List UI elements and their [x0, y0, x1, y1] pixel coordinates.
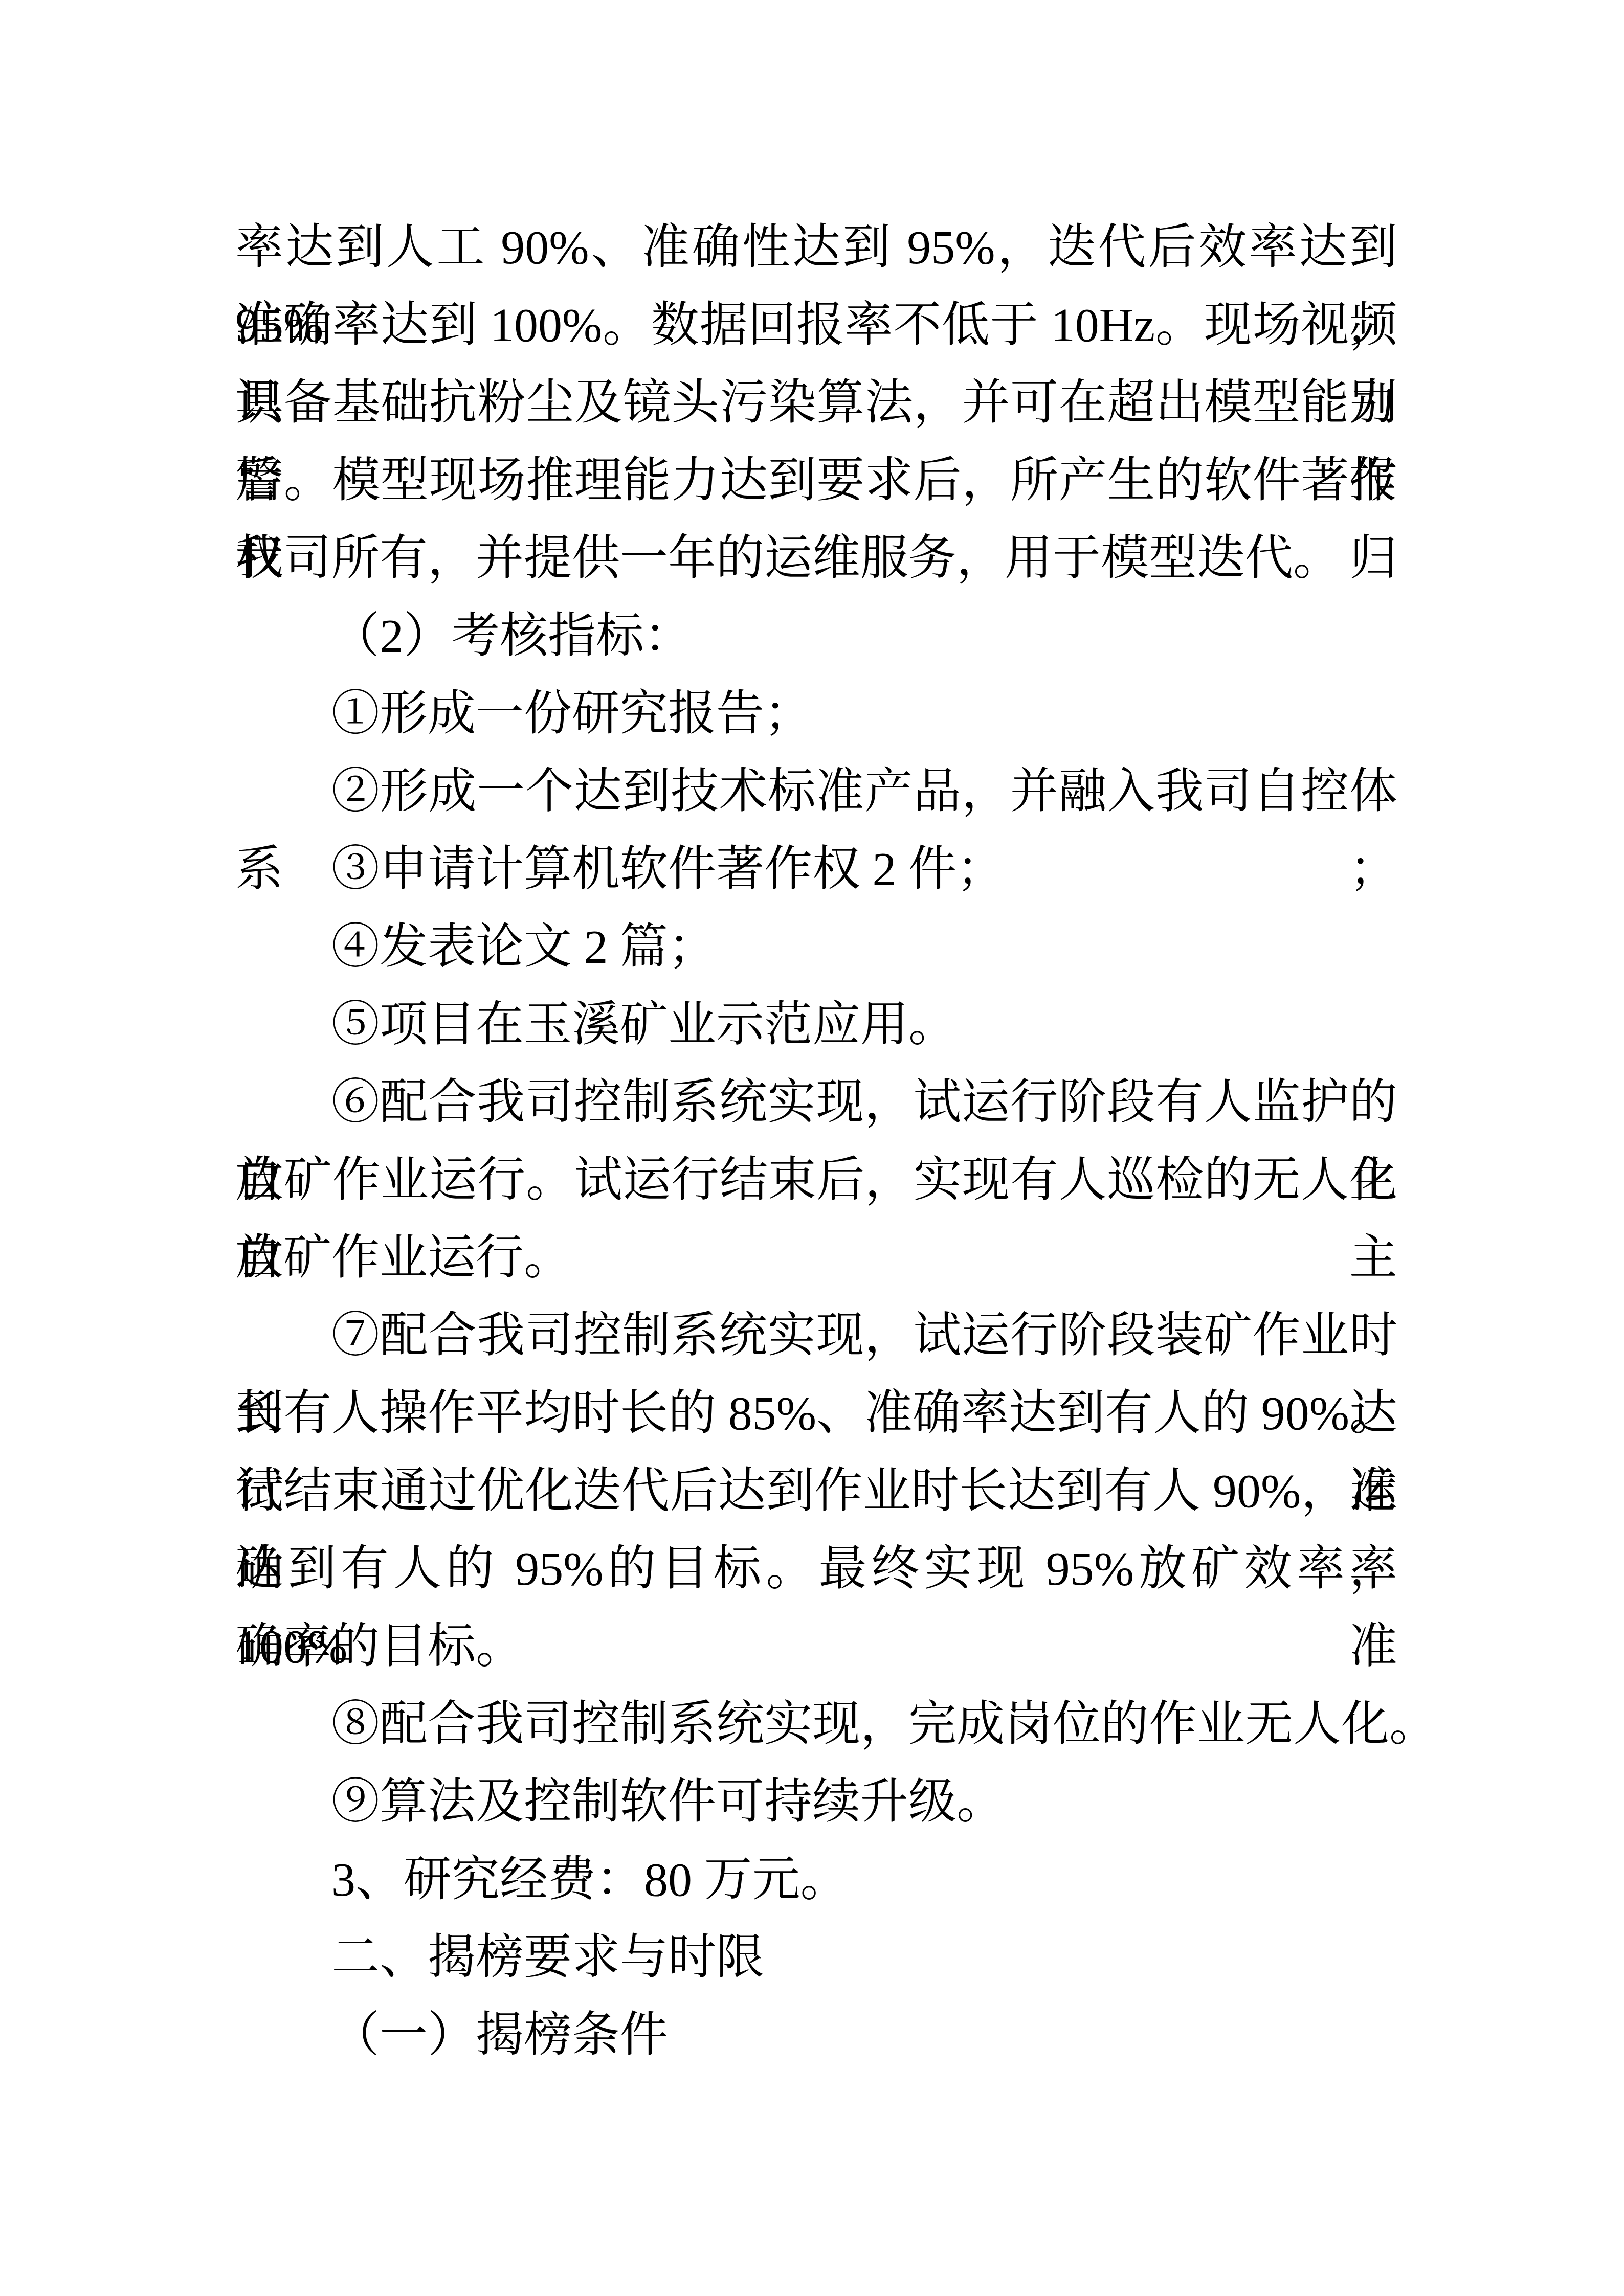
text-line: ④发表论文 2 篇；	[235, 908, 1397, 986]
text-line: ⑨算法及控制软件可持续升级。	[235, 1763, 1397, 1841]
text-line: （2）考核指标：	[235, 597, 1397, 675]
text-line: 放矿作业运行。试运行结束后，实现有人巡检的无人化自主	[235, 1141, 1397, 1219]
text-line: 率达到人工 90%、准确性达到 95%，迭代后效率达到 95%，	[235, 209, 1397, 286]
text-line: （一）揭榜条件	[235, 1996, 1397, 2074]
text-line: 准确率达到 100%。数据回报率不低于 10Hz。现场视频识别	[235, 286, 1397, 364]
text-line: ⑦配合我司控制系统实现，试运行阶段装矿作业时长达	[235, 1297, 1397, 1375]
text-line: 3、研究经费：80 万元。	[235, 1841, 1397, 1919]
text-line: 二、揭榜要求与时限	[235, 1919, 1397, 1996]
text-line: 达到有人的 95%的目标。最终实现 95%放矿效率，100%准	[235, 1530, 1397, 1608]
text-line: 行结束通过优化迭代后达到作业时长达到有人 90%，准确率	[235, 1452, 1397, 1530]
document-page: 率达到人工 90%、准确性达到 95%，迭代后效率达到 95%， 准确率达到 1…	[0, 0, 1624, 2296]
text-line: ⑤项目在玉溪矿业示范应用。	[235, 986, 1397, 1064]
text-line: 我司所有，并提供一年的运维服务，用于模型迭代。	[235, 520, 1397, 597]
text-line: ⑥配合我司控制系统实现，试运行阶段有人监护的自主	[235, 1064, 1397, 1141]
text-line: ⑧配合我司控制系统实现，完成岗位的作业无人化。	[235, 1685, 1397, 1763]
text-line: ②形成一个达到技术标准产品，并融入我司自控体系；	[235, 753, 1397, 830]
text-line: 警。模型现场推理能力达到要求后，所产生的软件著作权归	[235, 442, 1397, 520]
text-line: ①形成一份研究报告；	[235, 675, 1397, 753]
text-line: 到有人操作平均时长的 85%、准确率达到有人的 90%。试运	[235, 1375, 1397, 1452]
text-line: 具备基础抗粉尘及镜头污染算法，并可在超出模型能力后报	[235, 364, 1397, 442]
